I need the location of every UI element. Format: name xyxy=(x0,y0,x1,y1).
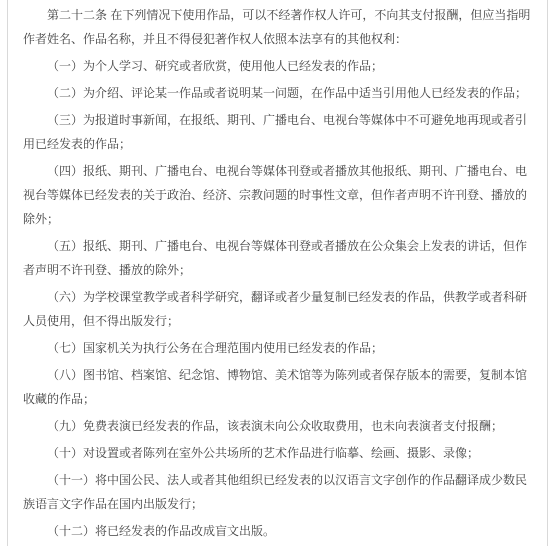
clause-item-10: （十）对设置或者陈列在室外公共场所的艺术作品进行临摹、绘画、摄影、录像； xyxy=(23,441,536,465)
legal-article-body: 第二十二条 在下列情况下使用作品，可以不经著作权人许可，不向其支付报酬，但应当指… xyxy=(23,3,536,543)
clause-item-8: （八）图书馆、档案馆、纪念馆、博物馆、美术馆等为陈列或者保存版本的需要，复制本馆… xyxy=(23,363,536,411)
document-page: 第二十二条 在下列情况下使用作品，可以不经著作权人许可，不向其支付报酬，但应当指… xyxy=(7,0,548,546)
clause-item-5: （五）报纸、期刊、广播电台、电视台等媒体刊登或者播放在公众集会上发表的讲话，但作… xyxy=(23,234,536,282)
clause-item-6: （六）为学校课堂教学或者科学研究，翻译或者少量复制已经发表的作品，供教学或者科研… xyxy=(23,285,536,333)
clause-item-1: （一）为个人学习、研究或者欣赏，使用他人已经发表的作品； xyxy=(23,54,536,78)
clause-item-2: （二）为介绍、评论某一作品或者说明某一问题，在作品中适当引用他人已经发表的作品； xyxy=(23,81,536,105)
clause-item-9: （九）免费表演已经发表的作品，该表演未向公众收取费用，也未向表演者支付报酬； xyxy=(23,414,536,438)
clause-item-4: （四）报纸、期刊、广播电台、电视台等媒体刊登或者播放其他报纸、期刊、广播电台、电… xyxy=(23,159,536,231)
article-intro-paragraph: 第二十二条 在下列情况下使用作品，可以不经著作权人许可，不向其支付报酬，但应当指… xyxy=(23,3,536,51)
clause-item-3: （三）为报道时事新闻，在报纸、期刊、广播电台、电视台等媒体中不可避免地再现或者引… xyxy=(23,108,536,156)
clause-item-7: （七）国家机关为执行公务在合理范围内使用已经发表的作品； xyxy=(23,336,536,360)
clause-item-12: （十二）将已经发表的作品改成盲文出版。 xyxy=(23,519,536,543)
clause-item-11: （十一）将中国公民、法人或者其他组织已经发表的以汉语言文字创作的作品翻译成少数民… xyxy=(23,468,536,516)
